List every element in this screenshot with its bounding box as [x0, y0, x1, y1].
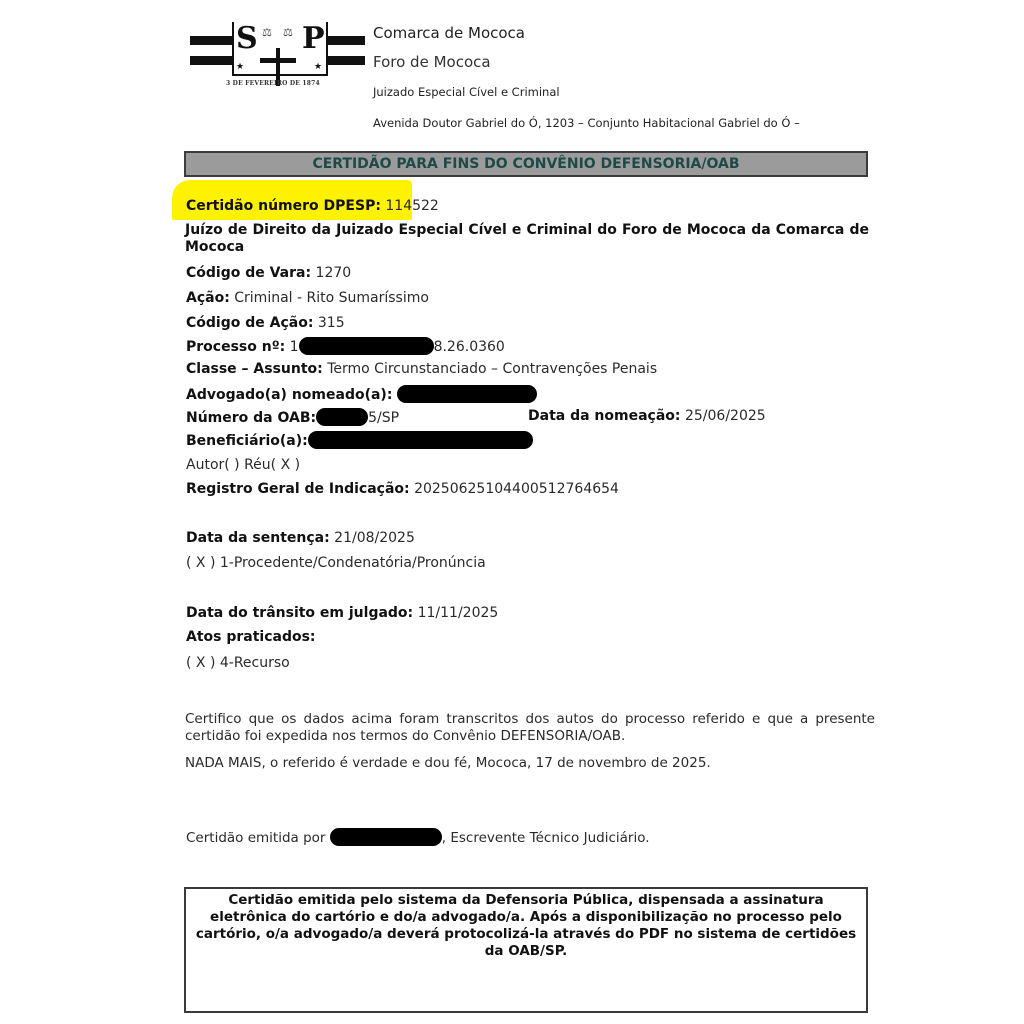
field-label: Registro Geral de Indicação:	[186, 481, 410, 497]
field-value: Criminal - Rito Sumaríssimo	[234, 290, 429, 306]
notice-text: Certidão emitida pelo sistema da Defenso…	[196, 892, 856, 959]
field-value-suffix: 5/SP	[368, 410, 399, 426]
field-atos-praticados: Atos praticados:	[186, 629, 316, 645]
document-title: CERTIDÃO PARA FINS DO CONVÊNIO DEFENSORI…	[184, 151, 868, 177]
field-data-transito: Data do trânsito em julgado: 11/11/2025	[186, 605, 498, 621]
field-label: Data do trânsito em julgado:	[186, 605, 413, 621]
certidao-numero: Certidão número DPESP: 114522	[186, 198, 439, 214]
field-data-sentenca: Data da sentença: 21/08/2025	[186, 530, 415, 546]
comarca-name: Comarca de Mococa	[373, 24, 525, 42]
field-label: Classe – Assunto:	[186, 361, 323, 377]
field-value: Termo Circunstanciado – Contravenções Pe…	[327, 361, 657, 377]
field-parte: Autor( ) Réu( X )	[186, 457, 300, 473]
emitida-por-suffix: , Escrevente Técnico Judiciário.	[442, 830, 650, 846]
logo-stripe	[324, 56, 365, 65]
scale-icon: ⚖	[283, 26, 293, 39]
scale-icon: ⚖	[262, 26, 272, 39]
emitida-por-prefix: Certidão emitida por	[186, 830, 325, 846]
field-value: 20250625104400512764654	[414, 481, 619, 497]
field-value: 315	[318, 315, 345, 331]
star-icon: ★	[236, 62, 244, 72]
redaction-mark	[397, 385, 537, 403]
field-value: 21/08/2025	[334, 530, 415, 546]
field-data-nomeacao: Data da nomeação: 25/06/2025	[528, 408, 766, 424]
field-label: Código de Vara:	[186, 265, 311, 281]
field-label: Código de Ação:	[186, 315, 313, 331]
logo-motto: 3 DE FEVEREIRO DE 1874	[226, 80, 320, 87]
logo-stripe	[190, 56, 232, 65]
field-label: Número da OAB:	[186, 410, 316, 426]
field-value-suffix: 8.26.0360	[434, 339, 505, 355]
field-codigo-vara: Código de Vara: 1270	[186, 265, 351, 281]
field-acao: Ação: Criminal - Rito Sumaríssimo	[186, 290, 429, 306]
sp-court-logo: S P ⚖ ⚖ ★ ★ 3 DE FEVEREIRO DE 1874	[190, 22, 365, 92]
field-value: 1270	[316, 265, 352, 281]
certidao-numero-value: 114522	[385, 198, 438, 214]
field-sentenca-opcao: ( X ) 1-Procedente/Condenatória/Pronúnci…	[186, 555, 486, 571]
field-value: 25/06/2025	[685, 408, 766, 424]
star-icon: ★	[314, 62, 322, 72]
field-label: Ação:	[186, 290, 230, 306]
field-label: Data da sentença:	[186, 530, 330, 546]
certifico-paragraph: Certifico que os dados acima foram trans…	[185, 711, 875, 745]
cross-icon-bar	[260, 58, 296, 63]
emitida-por: Certidão emitida por , Escrevente Técnic…	[186, 828, 650, 846]
field-label: Data da nomeação:	[528, 408, 681, 424]
court-address: Avenida Doutor Gabriel do Ó, 1203 – Conj…	[373, 116, 800, 130]
field-ato-opcao: ( X ) 4-Recurso	[186, 655, 290, 671]
field-label: Advogado(a) nomeado(a):	[186, 387, 392, 403]
field-value: 11/11/2025	[418, 605, 499, 621]
logo-letter-s: S	[236, 24, 258, 54]
notice-box: Certidão emitida pelo sistema da Defenso…	[184, 887, 868, 1013]
field-label: Atos praticados:	[186, 629, 316, 645]
redaction-mark	[316, 408, 368, 426]
redaction-mark	[299, 337, 434, 355]
redaction-mark	[308, 431, 533, 449]
redaction-mark	[330, 828, 442, 846]
nada-mais-paragraph: NADA MAIS, o referido é verdade e dou fé…	[185, 755, 875, 772]
field-registro-geral: Registro Geral de Indicação: 20250625104…	[186, 481, 619, 497]
logo-stripe	[324, 36, 365, 45]
logo-stripe	[190, 36, 232, 45]
field-codigo-acao: Código de Ação: 315	[186, 315, 345, 331]
field-label: Processo nº:	[186, 339, 285, 355]
foro-name: Foro de Mococa	[373, 53, 491, 71]
certidao-numero-label: Certidão número DPESP:	[186, 198, 381, 214]
field-processo: Processo nº: 18.26.0360	[186, 337, 505, 355]
logo-letter-p: P	[302, 24, 325, 54]
field-value-prefix: 1	[290, 339, 299, 355]
juizo-heading: Juízo de Direito da Juizado Especial Cív…	[185, 222, 869, 256]
juizado-name: Juizado Especial Cível e Criminal	[373, 85, 560, 99]
field-advogado: Advogado(a) nomeado(a):	[186, 385, 537, 403]
field-label: Beneficiário(a):	[186, 433, 308, 449]
field-beneficiario: Beneficiário(a):	[186, 431, 533, 449]
field-classe-assunto: Classe – Assunto: Termo Circunstanciado …	[186, 361, 657, 377]
field-numero-oab: Número da OAB:5/SP	[186, 408, 399, 426]
